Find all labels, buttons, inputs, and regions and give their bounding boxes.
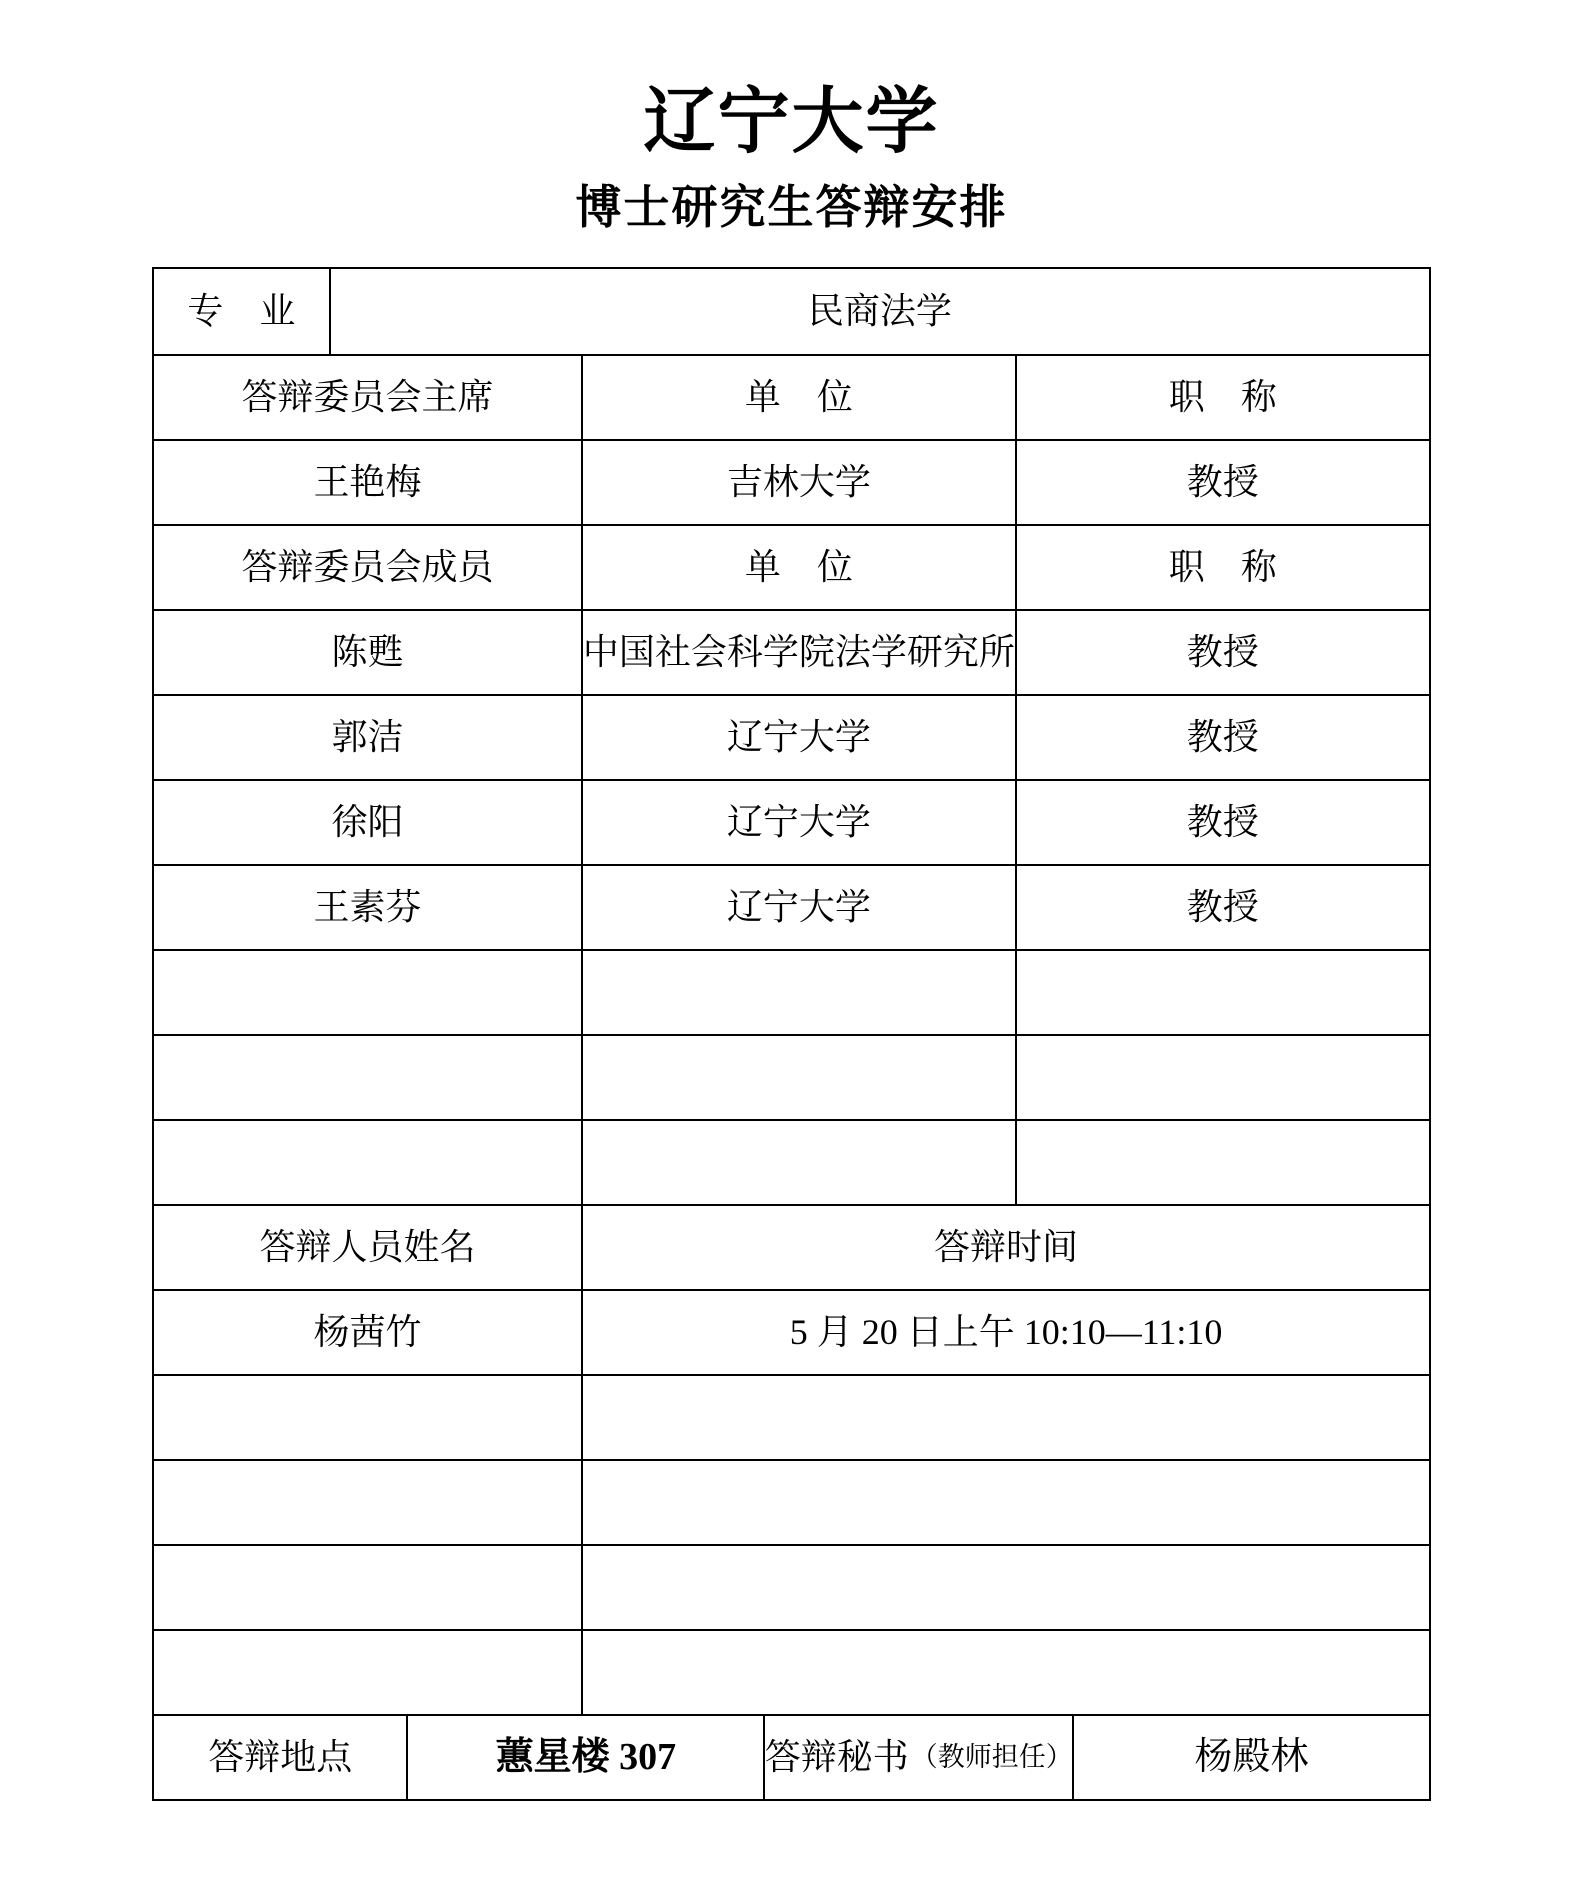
- defense-time-cell: [581, 1376, 1429, 1459]
- members-header-title-cell: 答辩委员会成员: [154, 526, 581, 609]
- defense-time-cell: 5 月 20 日上午 10:10—11:10: [581, 1291, 1429, 1374]
- defense-row-empty: [154, 1374, 1429, 1459]
- member-row: 王素芬 辽宁大学 教授: [154, 864, 1429, 949]
- member-unit-cell: [581, 951, 1015, 1034]
- candidate-name-cell: 杨茜竹: [154, 1291, 581, 1374]
- member-row-empty: [154, 1034, 1429, 1119]
- chair-unit-cell: 吉林大学: [581, 441, 1015, 524]
- secretary-label-cell: 答辩秘书 （教师担任）: [763, 1716, 1072, 1799]
- member-row: 徐阳 辽宁大学 教授: [154, 779, 1429, 864]
- member-rank-cell: 教授: [1015, 781, 1429, 864]
- member-unit-cell: [581, 1121, 1015, 1204]
- chair-rank-cell: 教授: [1015, 441, 1429, 524]
- member-row-empty: [154, 1119, 1429, 1204]
- major-value-cell: 民商法学: [329, 269, 1429, 354]
- secretary-label: 答辩秘书: [765, 1737, 909, 1778]
- member-rank-cell: 教授: [1015, 611, 1429, 694]
- secretary-value-cell: 杨殿林: [1072, 1716, 1429, 1799]
- defense-header-name-cell: 答辩人员姓名: [154, 1206, 581, 1289]
- chair-header-title-cell: 答辩委员会主席: [154, 356, 581, 439]
- member-row: 郭洁 辽宁大学 教授: [154, 694, 1429, 779]
- document-header: 辽宁大学 博士研究生答辩安排: [152, 0, 1431, 230]
- member-rank-cell: 教授: [1015, 696, 1429, 779]
- candidate-name-cell: [154, 1461, 581, 1544]
- candidate-name-cell: [154, 1631, 581, 1714]
- defense-row: 杨茜竹 5 月 20 日上午 10:10—11:10: [154, 1289, 1429, 1374]
- candidate-name-cell: [154, 1376, 581, 1459]
- member-row-empty: [154, 949, 1429, 1034]
- defense-time-cell: [581, 1631, 1429, 1714]
- defense-row-empty: [154, 1629, 1429, 1714]
- chair-header-row: 答辩委员会主席 单 位 职 称: [154, 354, 1429, 439]
- location-label-cell: 答辩地点: [154, 1716, 406, 1799]
- secretary-note: （教师担任）: [911, 1742, 1072, 1773]
- candidate-name-cell: [154, 1546, 581, 1629]
- chair-header-rank-cell: 职 称: [1015, 356, 1429, 439]
- defense-time-cell: [581, 1461, 1429, 1544]
- defense-header-row: 答辩人员姓名 答辩时间: [154, 1204, 1429, 1289]
- defense-time-cell: [581, 1546, 1429, 1629]
- member-unit-cell: 辽宁大学: [581, 866, 1015, 949]
- member-rank-cell: [1015, 1036, 1429, 1119]
- footer-row: 答辩地点 蕙星楼 307 答辩秘书 （教师担任） 杨殿林: [154, 1714, 1429, 1799]
- defense-row-empty: [154, 1459, 1429, 1544]
- member-rank-cell: 教授: [1015, 866, 1429, 949]
- defense-row-empty: [154, 1544, 1429, 1629]
- major-label-cell: 专 业: [154, 269, 329, 354]
- members-header-rank-cell: 职 称: [1015, 526, 1429, 609]
- member-rank-cell: [1015, 1121, 1429, 1204]
- chair-header-unit-cell: 单 位: [581, 356, 1015, 439]
- chair-row: 王艳梅 吉林大学 教授: [154, 439, 1429, 524]
- member-name-cell: 王素芬: [154, 866, 581, 949]
- chair-name-cell: 王艳梅: [154, 441, 581, 524]
- member-row: 陈甦 中国社会科学院法学研究所 教授: [154, 609, 1429, 694]
- location-value-cell: 蕙星楼 307: [406, 1716, 763, 1799]
- member-unit-cell: 中国社会科学院法学研究所: [581, 611, 1015, 694]
- member-unit-cell: 辽宁大学: [581, 696, 1015, 779]
- members-header-row: 答辩委员会成员 单 位 职 称: [154, 524, 1429, 609]
- member-name-cell: [154, 951, 581, 1034]
- members-header-unit-cell: 单 位: [581, 526, 1015, 609]
- member-name-cell: 徐阳: [154, 781, 581, 864]
- member-unit-cell: [581, 1036, 1015, 1119]
- defense-schedule-table: 专 业 民商法学 答辩委员会主席 单 位 职 称 王艳梅 吉林大学 教授 答辩委…: [152, 267, 1431, 1801]
- document-subtitle: 博士研究生答辩安排: [152, 184, 1431, 230]
- member-unit-cell: 辽宁大学: [581, 781, 1015, 864]
- member-name-cell: 陈甦: [154, 611, 581, 694]
- major-row: 专 业 民商法学: [154, 269, 1429, 354]
- member-name-cell: 郭洁: [154, 696, 581, 779]
- member-name-cell: [154, 1036, 581, 1119]
- member-rank-cell: [1015, 951, 1429, 1034]
- defense-header-time-cell: 答辩时间: [581, 1206, 1429, 1289]
- university-title: 辽宁大学: [152, 86, 1431, 158]
- member-name-cell: [154, 1121, 581, 1204]
